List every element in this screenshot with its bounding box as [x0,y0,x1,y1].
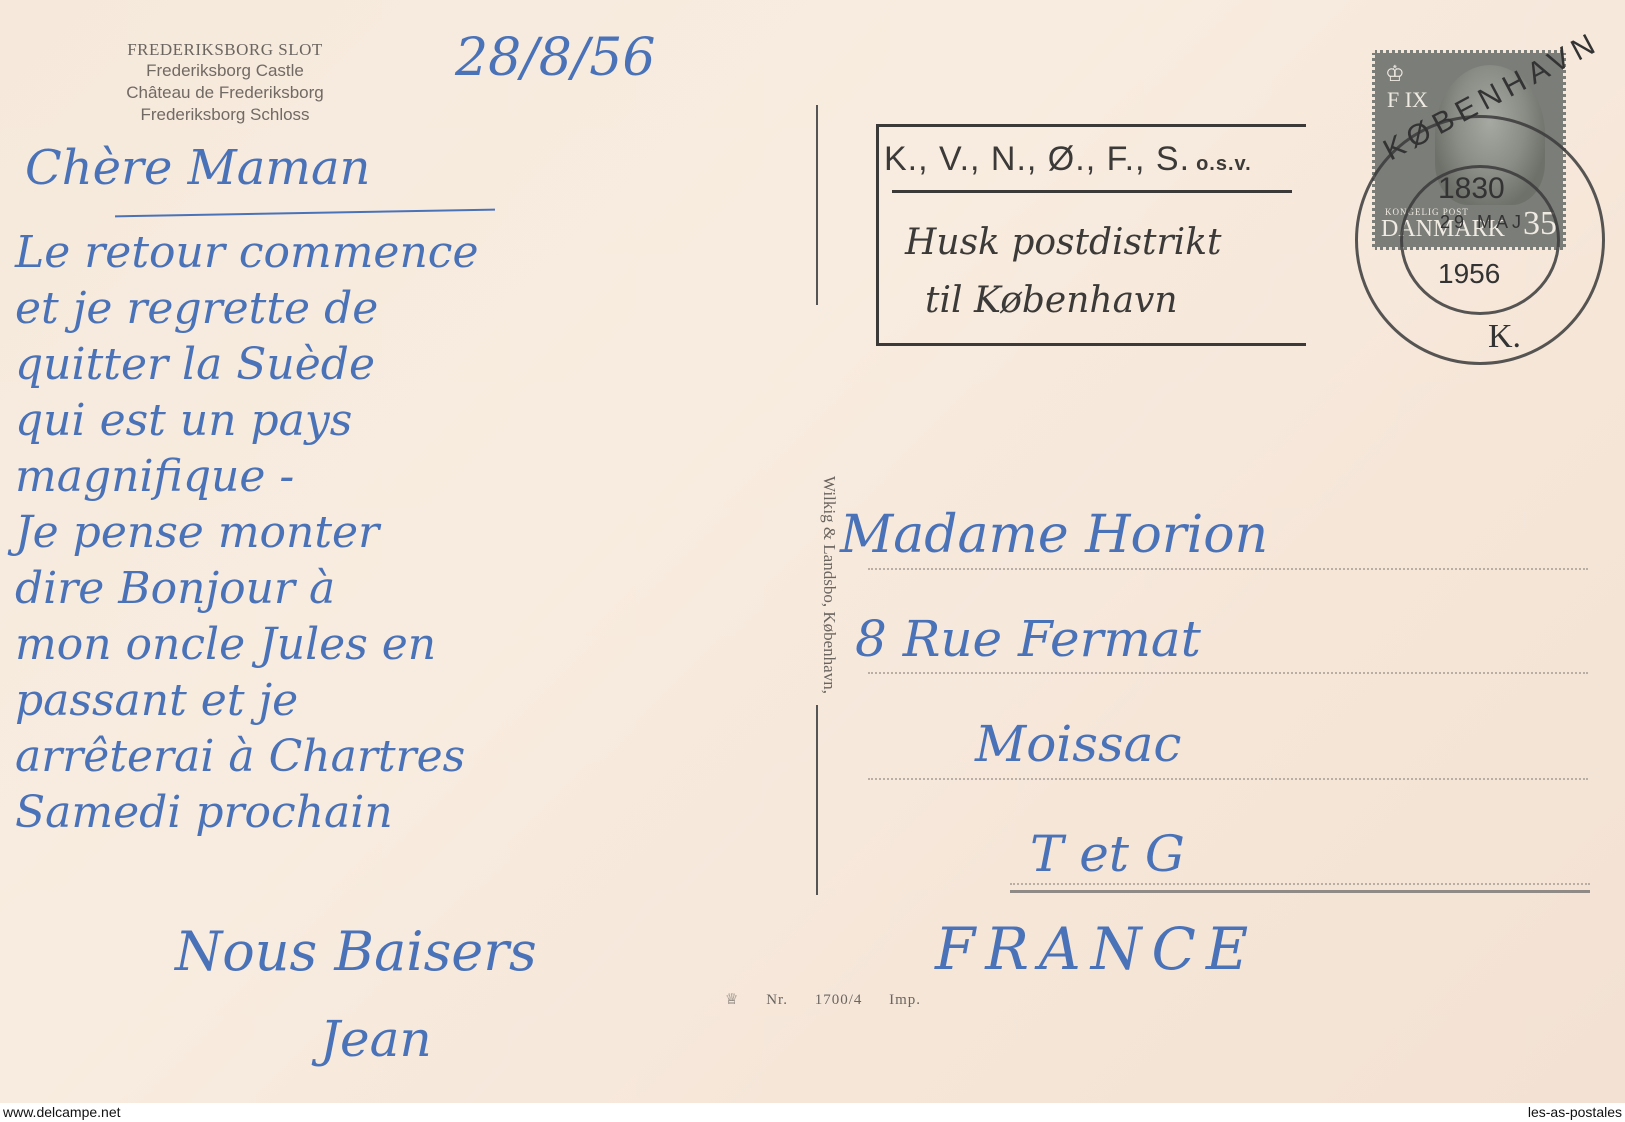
address-street: 8 Rue Fermat [855,610,1201,668]
message-line: magnifique - [15,449,478,505]
caption-title: FREDERIKSBORG SLOT [60,40,390,60]
address-rule-3 [868,778,1588,780]
message-line: et je regrette de [15,281,478,337]
center-divider-bottom [816,705,818,895]
center-divider-top [816,105,818,305]
source-right: les-as-postales [1528,1104,1622,1120]
closing: Nous Baisers [175,920,537,983]
slogan-line-1: K., V., N., Ø., F., S.o.s.v. [884,140,1252,179]
number-label: Nr. [766,992,788,1008]
address-rule-4 [1010,883,1590,885]
cancellation-time: 1830 [1438,172,1505,206]
address-name: Madame Horion [840,505,1268,565]
address-city: Moissac [975,715,1181,773]
stamp-monogram: F IX [1387,87,1428,113]
caption-german: Frederiksborg Schloss [60,104,390,126]
message-line: Samedi prochain [15,785,478,841]
address-country: FRANCE [935,915,1258,983]
source-left: www.delcampe.net [3,1104,121,1120]
address-rule-2 [868,672,1588,674]
greeting: Chère Maman [25,140,370,196]
address-solid-rule [1010,890,1590,893]
slogan-rule [892,190,1292,193]
postcard-back: FREDERIKSBORG SLOT Frederiksborg Castle … [0,0,1625,1103]
publisher-imprint: Wilkig & Landsbo, København, [819,375,839,795]
message-line: dire Bonjour à [15,561,478,617]
handwritten-date: 28/8/56 [455,28,655,88]
greeting-underline [115,209,495,218]
message-line: qui est un pays [15,393,478,449]
slogan-line-2: Husk postdistrikt [905,222,1221,263]
cancellation-office: K. [1488,318,1521,356]
message-body: Le retour commence et je regrette de qui… [15,225,478,841]
address-department: T et G [1030,825,1185,883]
publisher-number: ♕ Nr. 1700/4 Imp. [725,990,943,1009]
imp-label: Imp. [889,992,921,1008]
message-line: mon oncle Jules en [15,617,478,673]
watermark-footer: www.delcampe.net les-as-postales [0,1103,1625,1122]
cancellation-date: 29 MAJ [1440,212,1525,233]
slogan-districts: K., V., N., Ø., F., S. [884,140,1190,178]
message-line: Je pense monter [15,505,478,561]
address-rule-1 [868,568,1588,570]
slogan-line-3: til København [925,280,1178,321]
caption-english: Frederiksborg Castle [60,60,390,82]
slogan-osv: o.s.v. [1196,153,1252,175]
cancellation-year: 1956 [1438,258,1500,290]
signature: Jean [320,1010,432,1068]
message-line: Le retour commence [15,225,478,281]
crown-logo-icon: ♕ [725,992,739,1008]
caption-french: Château de Frederiksborg [60,82,390,104]
message-line: passant et je [15,673,478,729]
stamp-crown-icon: ♔ [1385,61,1405,87]
number-value: 1700/4 [815,992,863,1008]
message-line: quitter la Suède [15,337,478,393]
message-line: arrêterai à Chartres [15,729,478,785]
printed-caption: FREDERIKSBORG SLOT Frederiksborg Castle … [60,40,390,126]
